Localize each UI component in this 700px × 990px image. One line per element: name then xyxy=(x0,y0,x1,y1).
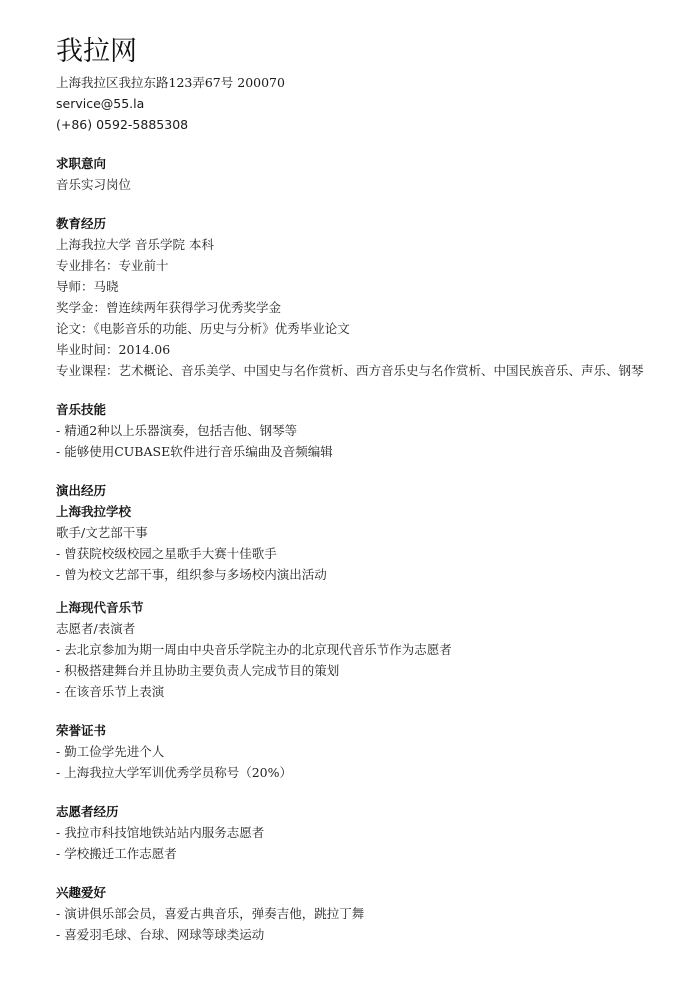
performance-role: 歌手/文艺部干事 xyxy=(56,522,676,543)
list-item: - 学校搬迁工作志愿者 xyxy=(56,843,676,864)
education-courses: 专业课程：艺术概论、音乐美学、中国史与名作赏析、西方音乐史与名作赏析、中国民族音… xyxy=(56,360,676,381)
list-item: - 上海我拉大学军训优秀学员称号（20%） xyxy=(56,762,676,783)
section-volunteer: 志愿者经历 - 我拉市科技馆地铁站站内服务志愿者 - 学校搬迁工作志愿者 xyxy=(56,801,676,864)
email: service@55.la xyxy=(56,93,676,114)
education-rank: 专业排名：专业前十 xyxy=(56,255,676,276)
list-item: - 勤工俭学先进个人 xyxy=(56,741,676,762)
performance-role: 志愿者/表演者 xyxy=(56,618,676,639)
section-title: 荣誉证书 xyxy=(56,720,676,741)
section-title: 音乐技能 xyxy=(56,399,676,420)
section-title: 教育经历 xyxy=(56,213,676,234)
list-item: - 精通2种以上乐器演奏，包括吉他、钢琴等 xyxy=(56,420,676,441)
resume-page: 我拉网 上海我拉区我拉东路123弄67号 200070 service@55.l… xyxy=(56,34,676,945)
list-item: - 在该音乐节上表演 xyxy=(56,681,676,702)
list-item: - 曾获院校级校园之星歌手大赛十佳歌手 xyxy=(56,543,676,564)
section-title: 求职意向 xyxy=(56,153,676,174)
address: 上海我拉区我拉东路123弄67号 200070 xyxy=(56,72,676,93)
section-title: 演出经历 xyxy=(56,480,676,501)
performance-entry: 上海我拉学校 歌手/文艺部干事 - 曾获院校级校园之星歌手大赛十佳歌手 - 曾为… xyxy=(56,501,676,585)
section-title: 兴趣爱好 xyxy=(56,882,676,903)
resume-name: 我拉网 xyxy=(56,34,676,70)
education-advisor: 导师：马晓 xyxy=(56,276,676,297)
section-honors: 荣誉证书 - 勤工俭学先进个人 - 上海我拉大学军训优秀学员称号（20%） xyxy=(56,720,676,783)
list-item: - 演讲俱乐部会员，喜爱古典音乐，弹奏吉他，跳拉丁舞 xyxy=(56,903,676,924)
list-item: - 我拉市科技馆地铁站站内服务志愿者 xyxy=(56,822,676,843)
section-title: 志愿者经历 xyxy=(56,801,676,822)
education-scholarship: 奖学金：曾连续两年获得学习优秀奖学金 xyxy=(56,297,676,318)
performance-org: 上海现代音乐节 xyxy=(56,597,676,618)
list-item: - 喜爱羽毛球、台球、网球等球类运动 xyxy=(56,924,676,945)
resume-header: 我拉网 上海我拉区我拉东路123弄67号 200070 service@55.l… xyxy=(56,34,676,135)
list-item: - 能够使用CUBASE软件进行音乐编曲及音频编辑 xyxy=(56,441,676,462)
list-item: - 曾为校文艺部干事，组织参与多场校内演出活动 xyxy=(56,564,676,585)
section-education: 教育经历 上海我拉大学 音乐学院 本科 专业排名：专业前十 导师：马晓 奖学金：… xyxy=(56,213,676,381)
section-music-skills: 音乐技能 - 精通2种以上乐器演奏，包括吉他、钢琴等 - 能够使用CUBASE软… xyxy=(56,399,676,462)
section-hobbies: 兴趣爱好 - 演讲俱乐部会员，喜爱古典音乐，弹奏吉他，跳拉丁舞 - 喜爱羽毛球、… xyxy=(56,882,676,945)
education-thesis: 论文：《电影音乐的功能、历史与分析》优秀毕业论文 xyxy=(56,318,676,339)
education-school: 上海我拉大学 音乐学院 本科 xyxy=(56,234,676,255)
phone: (+86) 0592-5885308 xyxy=(56,114,676,135)
performance-org: 上海我拉学校 xyxy=(56,501,676,522)
section-performance: 演出经历 上海我拉学校 歌手/文艺部干事 - 曾获院校级校园之星歌手大赛十佳歌手… xyxy=(56,480,676,702)
performance-entry: 上海现代音乐节 志愿者/表演者 - 去北京参加为期一周由中央音乐学院主办的北京现… xyxy=(56,597,676,702)
list-item: - 去北京参加为期一周由中央音乐学院主办的北京现代音乐节作为志愿者 xyxy=(56,639,676,660)
job-intention-value: 音乐实习岗位 xyxy=(56,174,676,195)
section-job-intention: 求职意向 音乐实习岗位 xyxy=(56,153,676,195)
spacer xyxy=(56,585,676,597)
education-graduation: 毕业时间：2014.06 xyxy=(56,339,676,360)
list-item: - 积极搭建舞台并且协助主要负责人完成节目的策划 xyxy=(56,660,676,681)
